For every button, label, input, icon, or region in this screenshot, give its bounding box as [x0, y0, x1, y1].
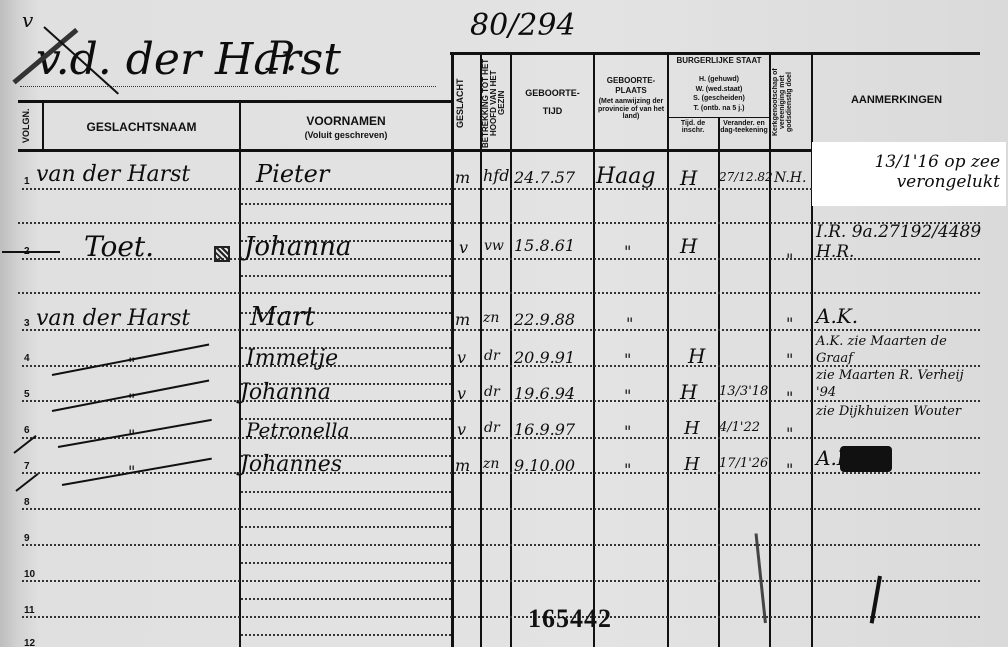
row-rule [241, 598, 451, 600]
header-bs-s: S. (gescheiden) [670, 95, 768, 102]
birth-place: " [624, 350, 631, 369]
header-bs-tijd: Tijd. de inschr. [669, 120, 717, 135]
row-number: 12 [24, 638, 35, 647]
row-number: 9 [24, 533, 30, 544]
col-line [239, 102, 241, 647]
row-number: 11 [24, 605, 35, 616]
row-rule [22, 616, 980, 618]
header-top-rule [450, 52, 980, 55]
col-line [593, 54, 595, 647]
sex: v [459, 238, 468, 257]
header-voornamen-sub: (Voluit geschreven) [241, 130, 451, 140]
header-bs-verander: Verander. en dag-teekening [720, 120, 768, 135]
civil-status: H [688, 344, 705, 368]
status-change: 4/1'22 [719, 420, 760, 435]
header-geslachtsnaam: GESLACHTSNAAM [44, 120, 239, 134]
header-check-mark: v [22, 8, 33, 32]
status-change: 17/1'26 [719, 456, 768, 471]
given-name: Mart [250, 302, 315, 332]
header-betrekking: BETREKKING TOT HET HOOFD VAN HET GEZIN [482, 58, 508, 148]
header-geslacht: GESLACHT [456, 60, 478, 146]
church: " [786, 350, 793, 369]
redaction-block [840, 446, 892, 472]
church: N.H. [774, 170, 806, 186]
row-number: 5 [24, 389, 30, 400]
header-dotted-line [20, 86, 436, 87]
surname: " [128, 426, 135, 445]
header-initials: P. [266, 34, 298, 80]
pencil-mark [755, 533, 767, 623]
status-change: 13/3'18 [719, 384, 768, 399]
header-bs-t: T. (ontb. na 5 j.) [670, 105, 768, 112]
remarks: 13/1'16 op zee verongelukt [816, 152, 1000, 193]
row-rule [22, 544, 980, 546]
church: " [786, 388, 793, 407]
header-top-rule-left [18, 100, 453, 103]
row-number: 4 [24, 353, 30, 364]
header-geboortetijd-2: TIJD [512, 106, 593, 116]
card-number: 80/294 [470, 8, 576, 43]
row-number: 3 [24, 318, 30, 329]
church: " [786, 250, 793, 269]
given-name: Petronella [246, 418, 349, 442]
surname: Toet. [84, 230, 154, 263]
row-rule [241, 526, 451, 528]
given-name: Johanna [240, 380, 331, 405]
birth-place: " [624, 242, 631, 261]
row-rule [18, 292, 980, 294]
header-aanmerkingen: AANMERKINGEN [813, 94, 980, 106]
sex: v [457, 384, 466, 403]
given-name: Johanna [244, 232, 351, 262]
remarks: zie Dijkhuizen Wouter [816, 404, 992, 421]
row-rule [22, 580, 980, 582]
birth-place: " [624, 460, 631, 479]
stamp-number: 165442 [528, 604, 612, 634]
header-kerkgenootschap: Kerkgenootschap of vereeniging met godsd… [772, 56, 810, 148]
bs-sub-rule [668, 117, 769, 118]
relation: dr [484, 384, 500, 400]
birth-place: " [626, 314, 633, 333]
row-number: 10 [24, 569, 35, 580]
row-rule [22, 472, 980, 474]
header-geboorteplaats-sub: (Met aanwijzing der provincie of van het… [597, 98, 665, 121]
sex: v [457, 420, 466, 439]
relation: dr [484, 348, 500, 364]
header-geboortetijd-1: GEBOORTE- [512, 88, 593, 98]
surname: van der Harst [36, 162, 190, 187]
header-bs-h: H. (gehuwd) [670, 76, 768, 83]
remarks: I.R. 9a.27192/4489 H.R. [816, 222, 1000, 263]
civil-status: H [684, 418, 700, 439]
birth-date: 24.7.57 [514, 168, 575, 187]
header-geboorteplaats-1: GEBOORTE- [595, 76, 667, 85]
birth-date: 19.6.94 [514, 384, 575, 403]
relation: zn [483, 310, 499, 326]
row-rule [241, 491, 451, 493]
col-line [769, 54, 771, 647]
birth-date: 16.9.97 [514, 420, 575, 439]
row-rule [241, 203, 451, 205]
birth-date: 15.8.61 [514, 236, 575, 255]
relation: zn [483, 456, 499, 472]
given-name: Johannes [240, 452, 342, 477]
row-number: 6 [24, 425, 30, 436]
birth-place: Haag [596, 164, 656, 189]
col-line [451, 54, 454, 647]
header-geboorteplaats-2: PLAATS [595, 86, 667, 95]
birth-place: " [624, 386, 631, 405]
sex: v [457, 348, 466, 367]
given-name: Pieter [256, 160, 329, 188]
civil-status: H [680, 166, 697, 190]
birth-date: 22.9.88 [514, 310, 575, 329]
row-rule [241, 562, 451, 564]
relation: vw [484, 238, 504, 254]
church: " [786, 314, 793, 333]
family-register-card: v v.d. der Harst P. 80/294 VOLGN. GESLAC… [0, 0, 1008, 647]
relation: hfd [483, 166, 509, 185]
col-line [667, 54, 669, 647]
row-number: 1 [24, 176, 30, 187]
col-line [718, 118, 720, 647]
surname: " [128, 390, 135, 409]
civil-status: H [680, 380, 697, 404]
row-number: 8 [24, 497, 30, 508]
sex: m [455, 456, 470, 475]
row-rule [241, 634, 451, 636]
surname: " [128, 354, 135, 373]
remarks: A.K. zie Maarten de Graaf [816, 334, 986, 368]
remarks: zie Maarten R. Verheij '94 [816, 368, 986, 402]
birth-date: 9.10.00 [514, 456, 575, 475]
sex: m [455, 168, 470, 187]
sex: m [455, 310, 470, 329]
remarks: A.K. [816, 304, 858, 328]
row-rule [22, 508, 980, 510]
given-name: Immetje [246, 346, 338, 371]
surname: van der Harst [36, 306, 190, 331]
row-number: 7 [24, 461, 30, 472]
header-voornamen: VOORNAMEN [241, 114, 451, 128]
checkbox-mark-icon [214, 246, 230, 262]
row-rule [241, 275, 451, 277]
civil-status: H [680, 234, 697, 258]
header-burgerlijke-staat: BURGERLIJKE STAAT [670, 57, 768, 65]
birth-place: " [624, 422, 631, 441]
church: " [786, 424, 793, 443]
status-change: 27/12.82 [719, 170, 773, 184]
birth-date: 20.9.91 [514, 348, 575, 367]
civil-status: H [684, 454, 700, 475]
row-rule [22, 437, 980, 439]
church: " [786, 460, 793, 479]
row-strikethrough [15, 473, 38, 492]
header-bs-w: W. (wed.staat) [670, 86, 768, 93]
header-volgn: VOLGN. [22, 106, 31, 146]
row-strikethrough [2, 251, 60, 253]
col-line [510, 54, 512, 647]
surname: " [128, 462, 135, 481]
relation: dr [484, 420, 500, 436]
